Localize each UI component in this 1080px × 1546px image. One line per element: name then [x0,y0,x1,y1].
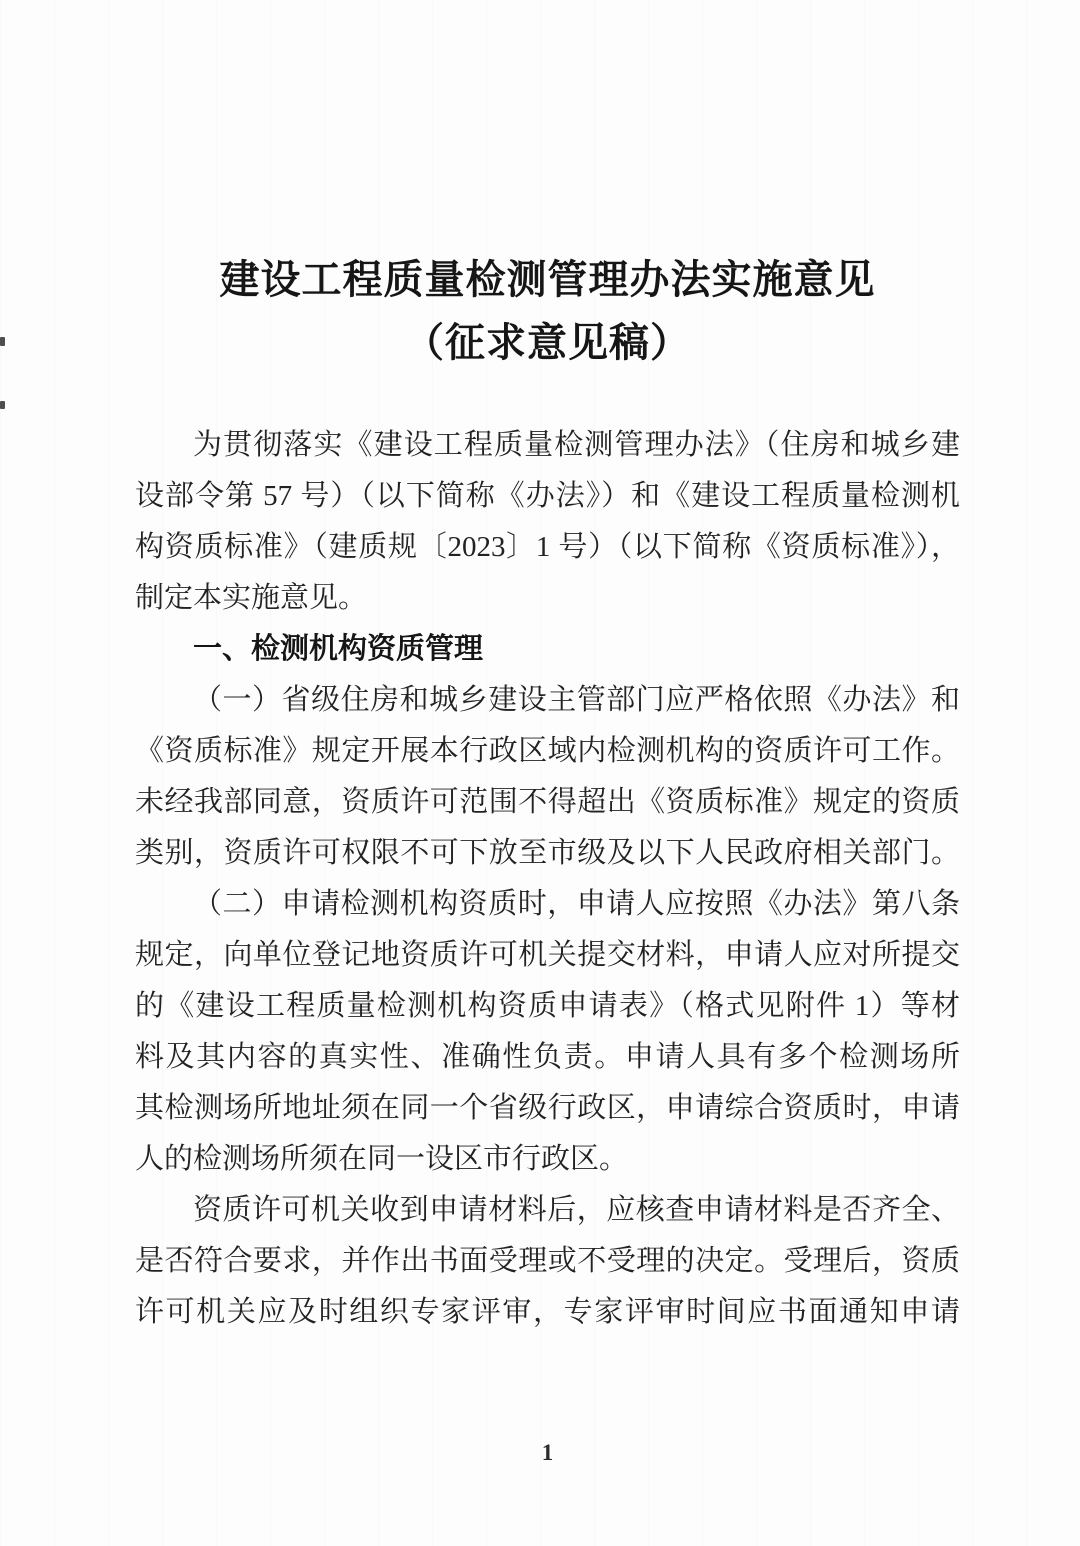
body-line: 为贯彻落实《建设工程质量检测管理办法》（住房和城乡建 [135,420,960,471]
body-line: 规定，向单位登记地资质许可机关提交材料，申请人应对所提交 [135,930,960,981]
body-line: 构资质标准》（建质规〔2023〕1 号）（以下简称《资质标准》）， [135,522,960,573]
body-line: （二）申请检测机构资质时，申请人应按照《办法》第八条 [135,879,960,930]
body-line: 《资质标准》规定开展本行政区域内检测机构的资质许可工作。 [135,726,960,777]
page-number: 1 [135,1440,960,1466]
document-body: 为贯彻落实《建设工程质量检测管理办法》（住房和城乡建 设部令第 57 号）（以下… [135,420,960,1338]
scanned-document-page: 建设工程质量检测管理办法实施意见 （征求意见稿） 为贯彻落实《建设工程质量检测管… [0,0,1080,1546]
body-line: 资质许可机关收到申请材料后，应核查申请材料是否齐全、 [135,1185,960,1236]
section-heading: 一、检测机构资质管理 [135,624,960,675]
body-line: 是否符合要求，并作出书面受理或不受理的决定。受理后，资质 [135,1236,960,1287]
body-line: 制定本实施意见。 [135,573,960,624]
body-line: 人的检测场所须在同一设区市行政区。 [135,1134,960,1185]
title-line-2: （征求意见稿） [135,311,960,374]
scan-edge-artifact [0,401,5,409]
scan-edge-artifact [0,337,5,346]
body-line: 许可机关应及时组织专家评审，专家评审时间应书面通知申请 [135,1287,960,1338]
body-line: 未经我部同意，资质许可范围不得超出《资质标准》规定的资质 [135,777,960,828]
body-line: （一）省级住房和城乡建设主管部门应严格依照《办法》和 [135,675,960,726]
body-line: 的《建设工程质量检测机构资质申请表》（格式见附件 1）等材 [135,981,960,1032]
body-line: 其检测场所地址须在同一个省级行政区，申请综合资质时，申请 [135,1083,960,1134]
title-line-1: 建设工程质量检测管理办法实施意见 [135,248,960,311]
body-line: 设部令第 57 号）（以下简称《办法》）和《建设工程质量检测机 [135,471,960,522]
document-title: 建设工程质量检测管理办法实施意见 （征求意见稿） [135,248,960,374]
body-line: 料及其内容的真实性、准确性负责。申请人具有多个检测场所的， [135,1032,960,1083]
body-line: 类别，资质许可权限不可下放至市级及以下人民政府相关部门。 [135,828,960,879]
